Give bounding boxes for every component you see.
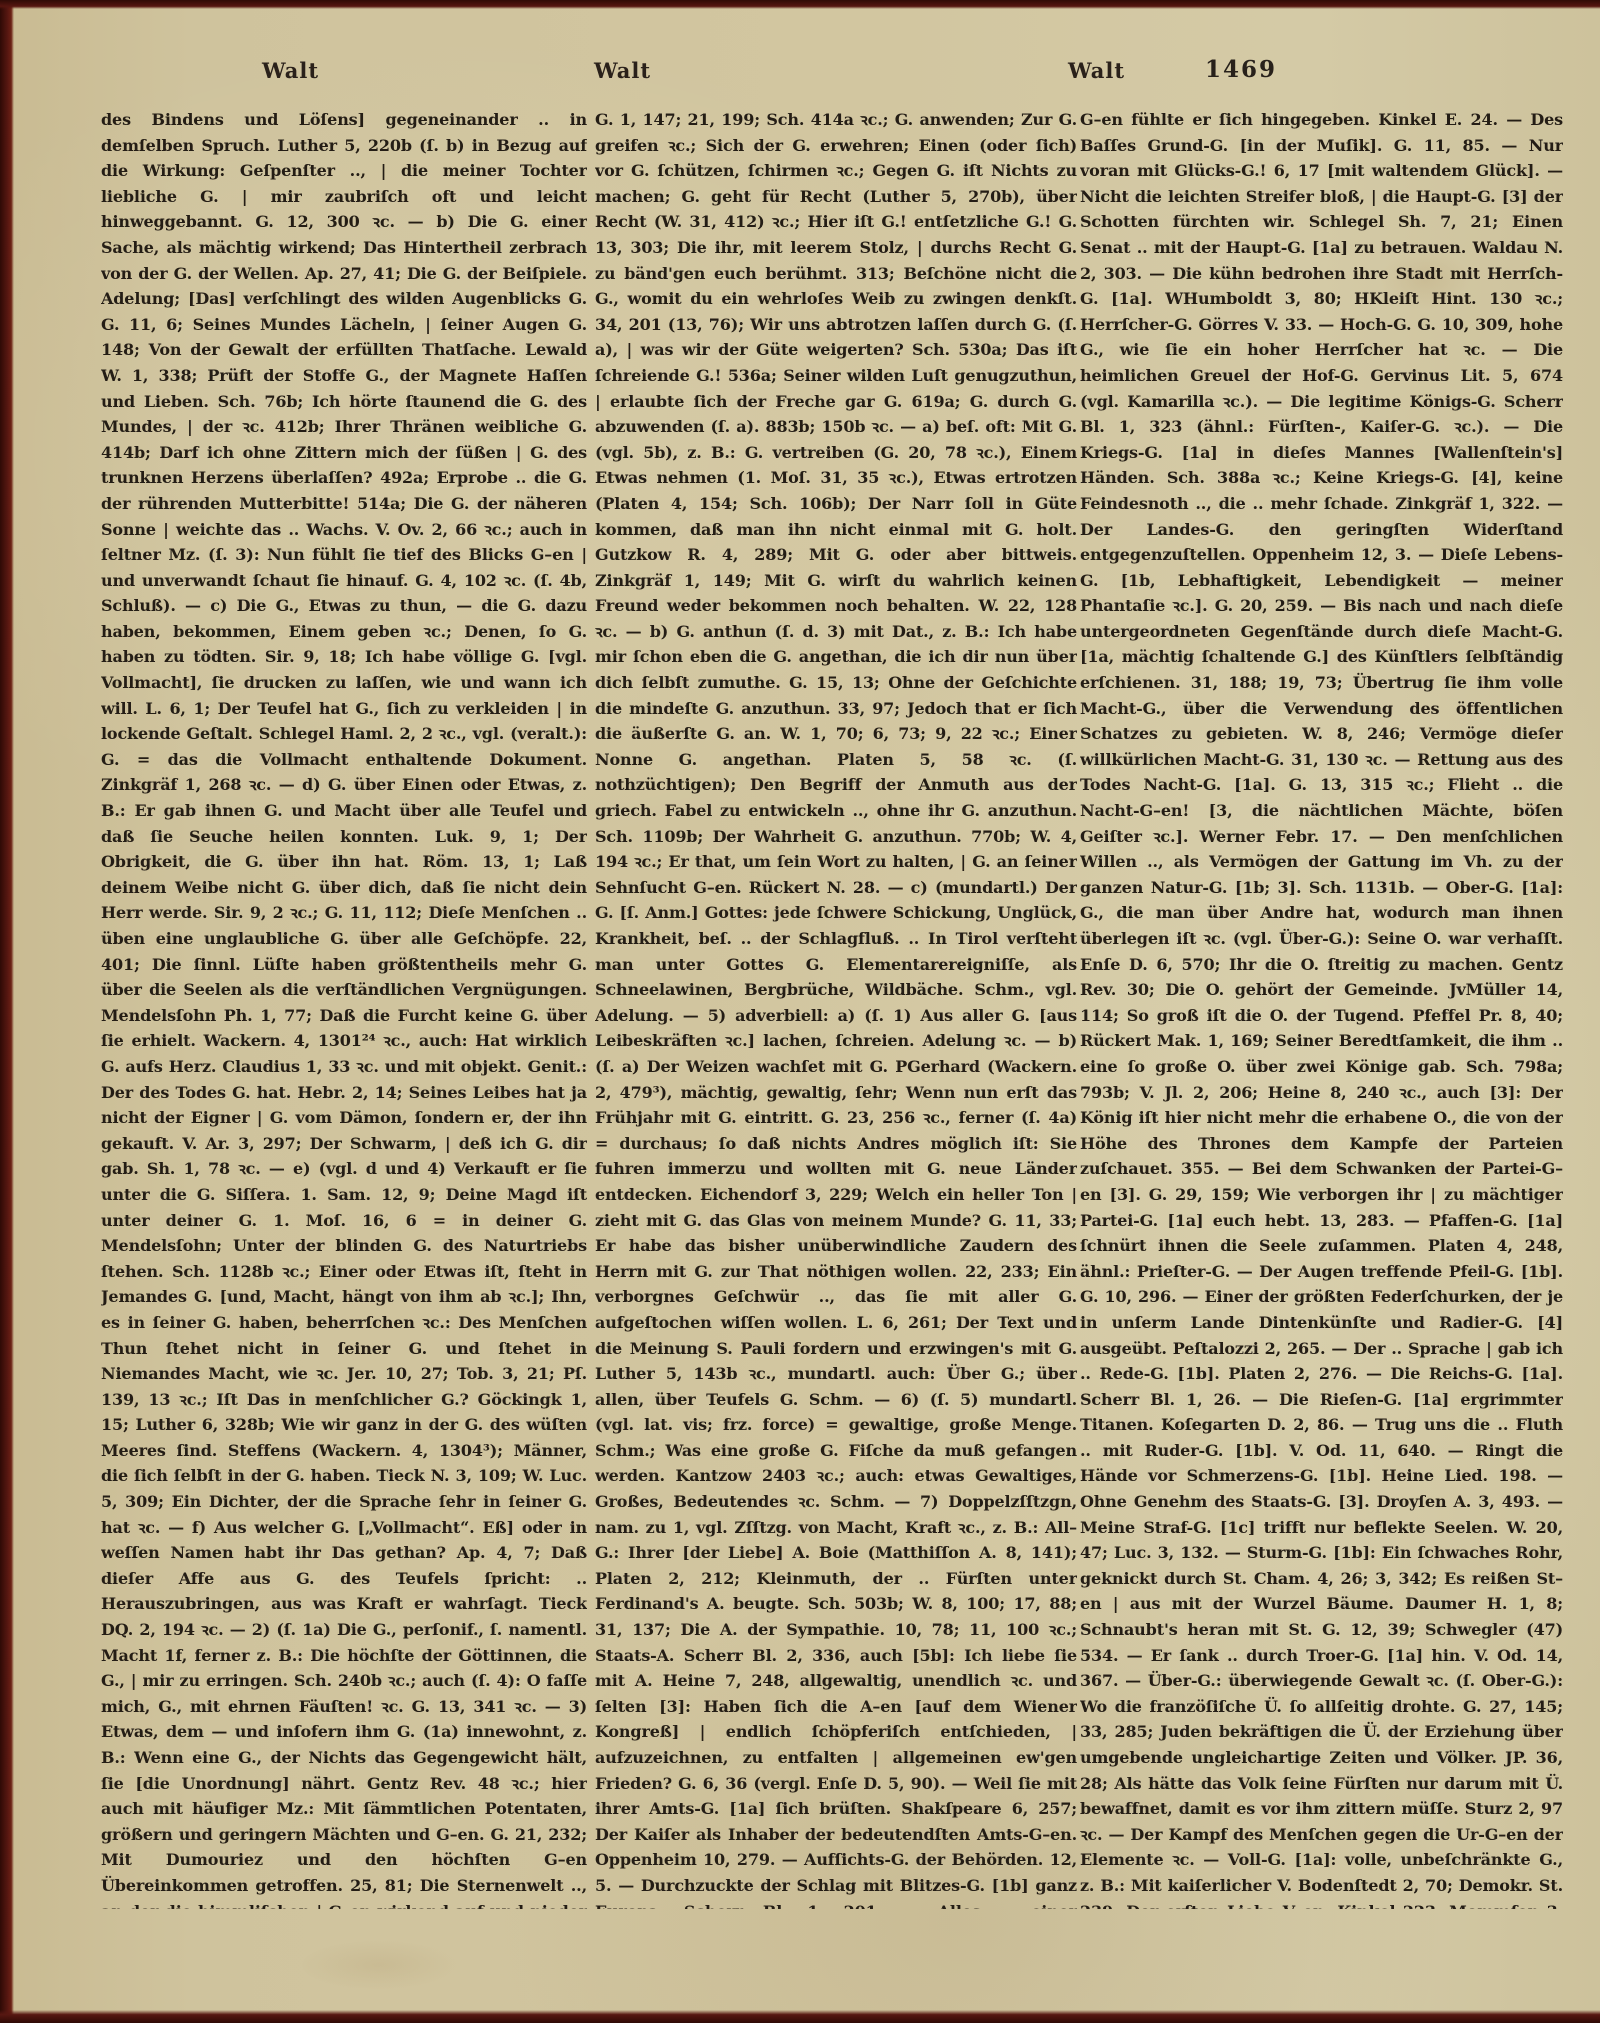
running-title-column-2: Walt [594, 58, 651, 83]
scan-edge-left [0, 0, 14, 2023]
scan-edge-bottom [0, 2010, 1600, 2023]
dictionary-text-column-1: des Bindens und Löſens] gegeneinander ..… [101, 107, 587, 1909]
paper-stain [300, 1940, 460, 1990]
scanned-dictionary-page: Walt Walt Walt 1469 des Bindens und Löſe… [0, 0, 1600, 2023]
page-number: 1469 [1205, 56, 1277, 83]
dictionary-text-column-2: G. 1, 147; 21, 199; Sch. 414a ꝛc.; G. an… [595, 107, 1077, 1909]
running-title-column-1: Walt [262, 58, 319, 83]
scan-edge-top [0, 0, 1600, 9]
dictionary-text-column-3: G–en fühlte er ſich hingegeben. Kinkel E… [1080, 107, 1563, 1909]
running-title-column-3: Walt [1068, 58, 1125, 83]
